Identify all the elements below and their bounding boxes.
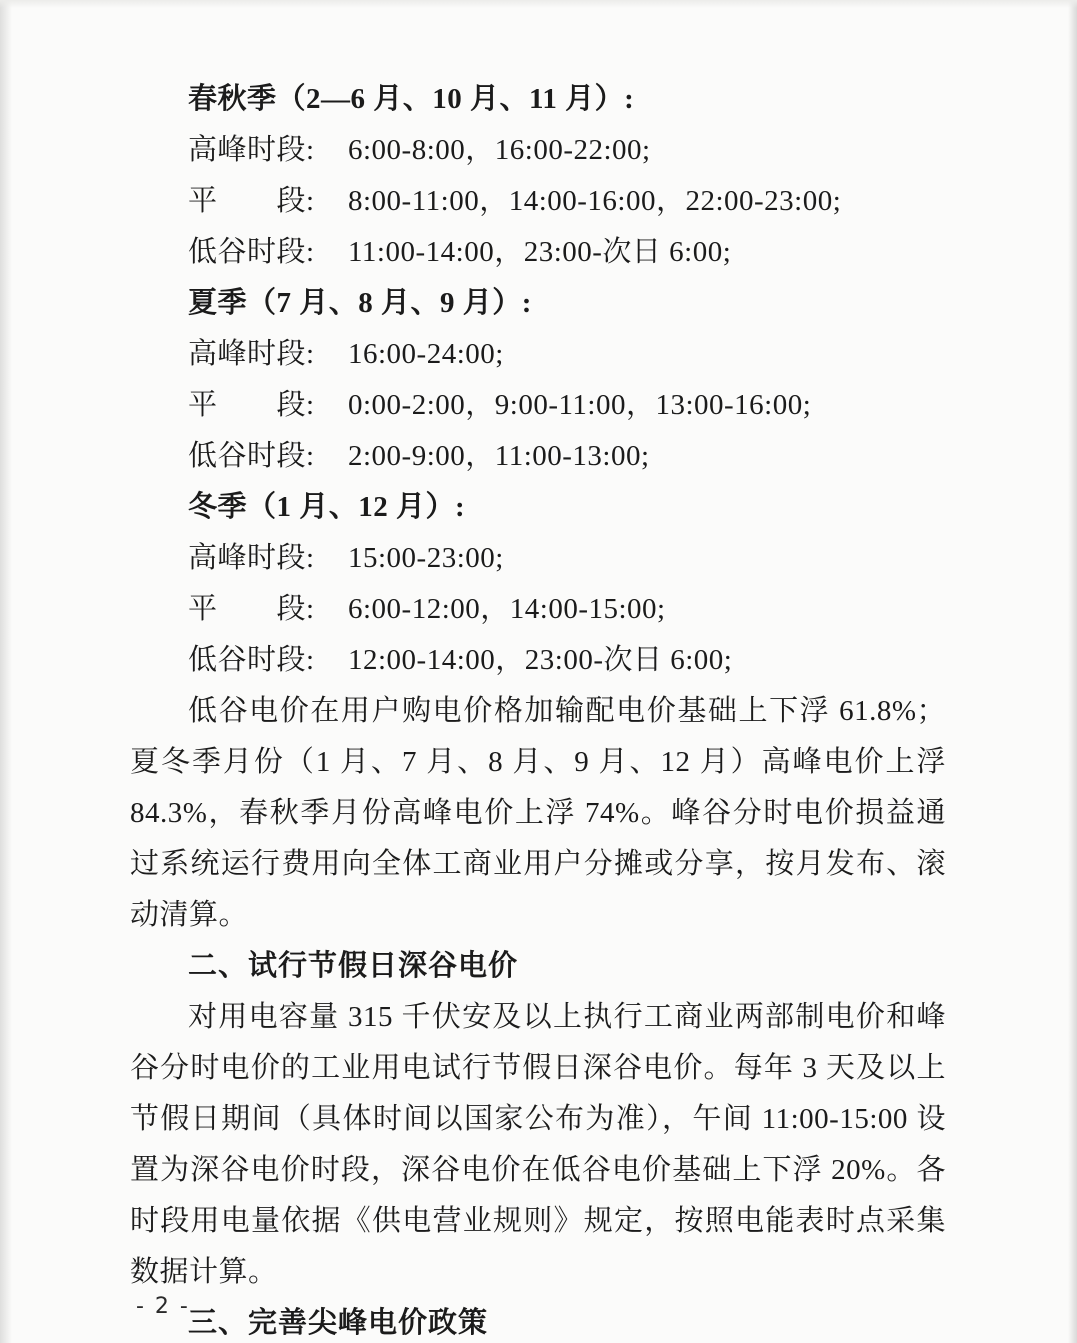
schedule-row-flat: 平 段:6:00-12:00，14:00-15:00;: [188, 584, 946, 635]
season-block-winter: 冬季（1 月、12 月）: 高峰时段:15:00-23:00; 平 段:6:00…: [130, 482, 946, 686]
schedule-row-peak: 高峰时段:6:00-8:00，16:00-22:00;: [188, 125, 946, 176]
period-times: 11:00-14:00，23:00-次日 6:00;: [348, 236, 731, 268]
season-block-spring-autumn: 春秋季（2—6 月、10 月、11 月）: 高峰时段:6:00-8:00，16:…: [130, 74, 946, 278]
scan-edge-top: [0, 0, 1077, 8]
period-times: 2:00-9:00，11:00-13:00;: [348, 440, 650, 472]
schedule-row-flat: 平 段:0:00-2:00，9:00-11:00，13:00-16:00;: [188, 380, 946, 431]
period-label: 低谷时段:: [188, 227, 336, 278]
period-times: 16:00-24:00;: [348, 338, 504, 370]
schedule-row-peak: 高峰时段:16:00-24:00;: [188, 329, 946, 380]
schedule-row-valley: 低谷时段:12:00-14:00，23:00-次日 6:00;: [188, 635, 946, 686]
period-times: 8:00-11:00，14:00-16:00，22:00-23:00;: [348, 185, 841, 217]
period-times: 15:00-23:00;: [348, 542, 504, 574]
schedule-row-flat: 平 段:8:00-11:00，14:00-16:00，22:00-23:00;: [188, 176, 946, 227]
scan-edge-left: [0, 0, 12, 1343]
season-title-winter: 冬季（1 月、12 月）:: [188, 482, 946, 533]
period-label: 高峰时段:: [188, 533, 336, 584]
period-times: 0:00-2:00，9:00-11:00，13:00-16:00;: [348, 389, 811, 421]
scan-edge-right: [1068, 0, 1077, 1343]
season-title-spring-autumn: 春秋季（2—6 月、10 月、11 月）:: [188, 74, 946, 125]
season-block-summer: 夏季（7 月、8 月、9 月）: 高峰时段:16:00-24:00; 平 段:0…: [130, 278, 946, 482]
paragraph-price-float: 低谷电价在用户购电价格加输配电价基础上下浮 61.8%；夏冬季月份（1 月、7 …: [130, 686, 946, 941]
period-label: 高峰时段:: [188, 329, 336, 380]
period-label: 低谷时段:: [188, 635, 336, 686]
schedule-row-valley: 低谷时段:11:00-14:00，23:00-次日 6:00;: [188, 227, 946, 278]
period-times: 12:00-14:00，23:00-次日 6:00;: [348, 644, 732, 676]
paragraph-holiday-deep-valley: 对用电容量 315 千伏安及以上执行工商业两部制电价和峰谷分时电价的工业用电试行…: [130, 992, 946, 1298]
period-times: 6:00-8:00，16:00-22:00;: [348, 134, 651, 166]
document-content: 春秋季（2—6 月、10 月、11 月）: 高峰时段:6:00-8:00，16:…: [130, 74, 946, 1343]
period-times: 6:00-12:00，14:00-15:00;: [348, 593, 666, 625]
page-number: - 2 -: [136, 1294, 190, 1319]
period-label: 平 段:: [188, 584, 336, 635]
section-heading-3: 三、完善尖峰电价政策: [130, 1298, 946, 1343]
season-title-summer: 夏季（7 月、8 月、9 月）:: [188, 278, 946, 329]
schedule-row-valley: 低谷时段:2:00-9:00，11:00-13:00;: [188, 431, 946, 482]
period-label: 低谷时段:: [188, 431, 336, 482]
period-label: 平 段:: [188, 176, 336, 227]
period-label: 平 段:: [188, 380, 336, 431]
section-heading-2: 二、试行节假日深谷电价: [130, 941, 946, 992]
schedule-row-peak: 高峰时段:15:00-23:00;: [188, 533, 946, 584]
period-label: 高峰时段:: [188, 125, 336, 176]
